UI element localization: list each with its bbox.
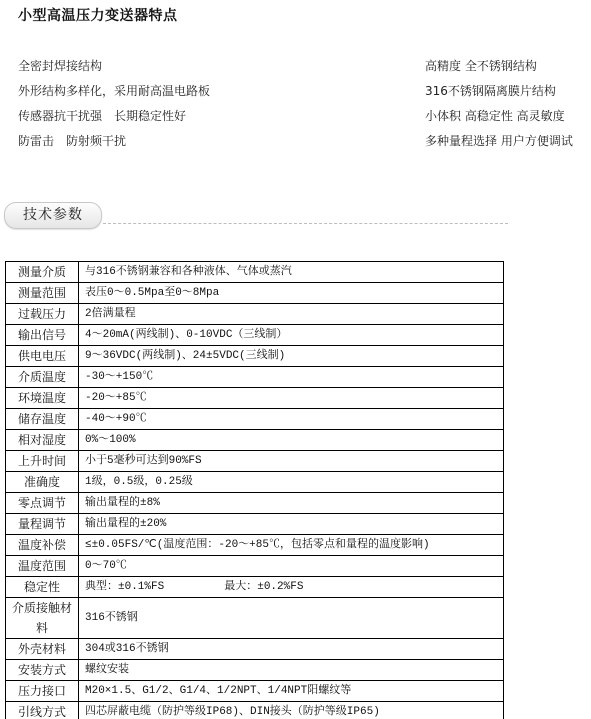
row-value: -30～+150℃: [79, 367, 504, 388]
row-value: 316不锈钢: [79, 598, 504, 639]
table-row: 压力接口 M20×1.5、G1/2、G1/4、1/2NPT、1/4NPT阳螺纹等: [6, 681, 504, 702]
section-divider: [103, 223, 508, 224]
table-row: 安装方式 螺纹安装: [6, 660, 504, 681]
row-label: 测量介质: [6, 262, 79, 283]
page-title: 小型高温压力变送器特点: [18, 5, 178, 25]
row-value: -20～+85℃: [79, 388, 504, 409]
row-value: 表压0～0.5Mpa至0～8Mpa: [79, 283, 504, 304]
row-label: 稳定性: [6, 577, 79, 598]
row-label: 温度补偿: [6, 535, 79, 556]
feature-item: 全密封焊接结构: [18, 57, 102, 74]
feature-item: 外形结构多样化，采用耐高温电路板: [18, 82, 210, 99]
row-value: 小于5毫秒可达到90%FS: [79, 451, 504, 472]
row-label: 温度范围: [6, 556, 79, 577]
table-row: 准确度 1级，0.5级，0.25级: [6, 472, 504, 493]
feature-item: 防雷击 防射频干扰: [18, 132, 126, 149]
table-row: 环境温度 -20～+85℃: [6, 388, 504, 409]
table-row: 输出信号 4～20mA(两线制)、0-10VDC（三线制）: [6, 325, 504, 346]
table-row: 储存温度 -40～+90℃: [6, 409, 504, 430]
row-value: 输出量程的±8%: [79, 493, 504, 514]
table-row: 上升时间 小于5毫秒可达到90%FS: [6, 451, 504, 472]
table-row: 过载压力 2倍满量程: [6, 304, 504, 325]
table-row: 温度补偿 ≤±0.05FS/℃(温度范围：-20～+85℃，包括零点和量程的温度…: [6, 535, 504, 556]
row-value: 9～36VDC(两线制)、24±5VDC(三线制): [79, 346, 504, 367]
row-label: 供电电压: [6, 346, 79, 367]
row-label: 相对湿度: [6, 430, 79, 451]
row-value: M20×1.5、G1/2、G1/4、1/2NPT、1/4NPT阳螺纹等: [79, 681, 504, 702]
row-label: 测量范围: [6, 283, 79, 304]
table-row: 温度范围 0～70℃: [6, 556, 504, 577]
tech-params-tab[interactable]: 技术参数: [4, 202, 102, 229]
feature-item: 多种量程选择 用户方便调试: [425, 132, 573, 149]
row-value: 2倍满量程: [79, 304, 504, 325]
row-value: -40～+90℃: [79, 409, 504, 430]
row-value: 4～20mA(两线制)、0-10VDC（三线制）: [79, 325, 504, 346]
table-row: 测量介质 与316不锈钢兼容和各种液体、气体或蒸汽: [6, 262, 504, 283]
row-label: 准确度: [6, 472, 79, 493]
row-label: 量程调节: [6, 514, 79, 535]
row-label: 介质温度: [6, 367, 79, 388]
row-label: 安装方式: [6, 660, 79, 681]
table-row: 外壳材料 304或316不锈钢: [6, 639, 504, 660]
row-label: 外壳材料: [6, 639, 79, 660]
table-row: 供电电压 9～36VDC(两线制)、24±5VDC(三线制): [6, 346, 504, 367]
table-row: 引线方式 四芯屏蔽电缆（防护等级IP68)、DIN接头（防护等级IP65): [6, 702, 504, 719]
row-value: ≤±0.05FS/℃(温度范围：-20～+85℃，包括零点和量程的温度影响): [79, 535, 504, 556]
row-value: 典型：±0.1%FS最大：±0.2%FS: [79, 577, 504, 598]
row-value: 输出量程的±20%: [79, 514, 504, 535]
feature-item: 高精度 全不锈钢结构: [425, 57, 537, 74]
row-value: 304或316不锈钢: [79, 639, 504, 660]
row-label: 储存温度: [6, 409, 79, 430]
table-row: 介质温度 -30～+150℃: [6, 367, 504, 388]
row-value: 与316不锈钢兼容和各种液体、气体或蒸汽: [79, 262, 504, 283]
row-label: 压力接口: [6, 681, 79, 702]
table-row: 相对湿度 0%～100%: [6, 430, 504, 451]
row-value: 0%～100%: [79, 430, 504, 451]
spec-table: 测量介质 与316不锈钢兼容和各种液体、气体或蒸汽 测量范围 表压0～0.5Mp…: [5, 261, 504, 719]
table-row: 测量范围 表压0～0.5Mpa至0～8Mpa: [6, 283, 504, 304]
row-label: 上升时间: [6, 451, 79, 472]
row-label: 环境温度: [6, 388, 79, 409]
row-label: 零点调节: [6, 493, 79, 514]
feature-item: 传感器抗干扰强 长期稳定性好: [18, 107, 186, 124]
row-label: 过载压力: [6, 304, 79, 325]
row-value: 螺纹安装: [79, 660, 504, 681]
row-label: 引线方式: [6, 702, 79, 719]
feature-item: 小体积 高稳定性 高灵敏度: [425, 107, 565, 124]
table-row: 稳定性 典型：±0.1%FS最大：±0.2%FS: [6, 577, 504, 598]
table-row: 零点调节 输出量程的±8%: [6, 493, 504, 514]
row-value: 1级，0.5级，0.25级: [79, 472, 504, 493]
table-row: 量程调节 输出量程的±20%: [6, 514, 504, 535]
row-label: 输出信号: [6, 325, 79, 346]
stability-typical: 典型：±0.1%FS: [85, 581, 164, 593]
row-label: 介质接触材料: [6, 598, 79, 639]
row-value: 0～70℃: [79, 556, 504, 577]
table-row: 介质接触材料 316不锈钢: [6, 598, 504, 639]
feature-item: 316不锈钢隔离膜片结构: [425, 82, 556, 99]
row-value: 四芯屏蔽电缆（防护等级IP68)、DIN接头（防护等级IP65): [79, 702, 504, 719]
stability-max: 最大：±0.2%FS: [224, 581, 303, 593]
